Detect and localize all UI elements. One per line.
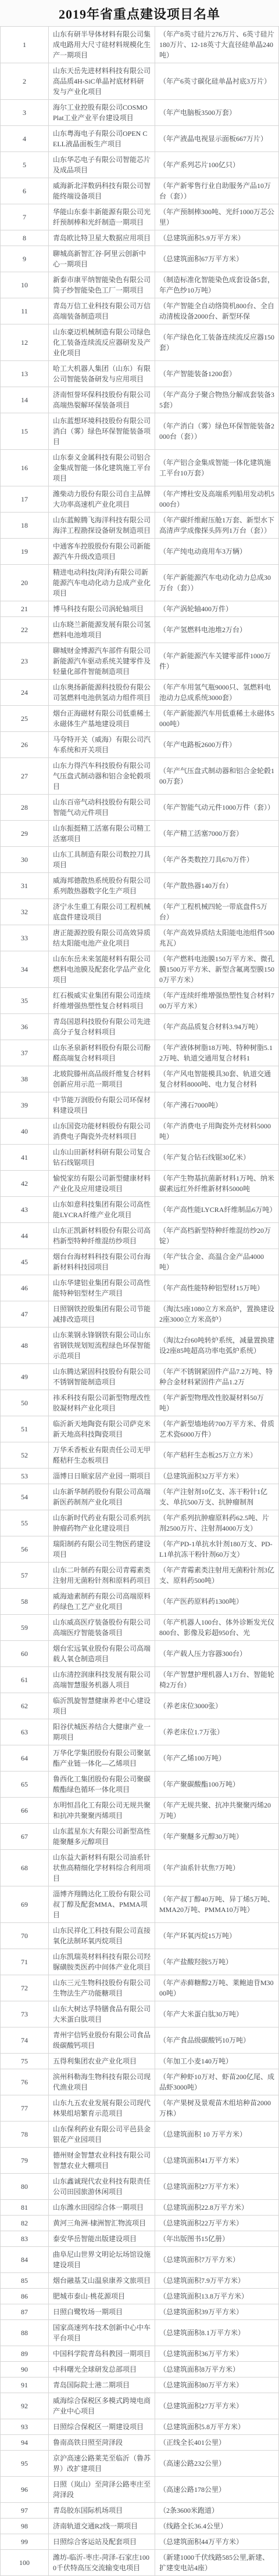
project-scale-cell: （总建筑面积7万平方米） xyxy=(155,2247,279,2273)
row-number-cell: 70 xyxy=(1,1923,49,1949)
project-scale-cell: （年产消白（雾）绿色环保智能装备2000台（套）） xyxy=(155,413,279,450)
row-number-cell: 26 xyxy=(1,732,49,758)
table-row: 11 青岛万信工业科技有限公司万信高端装备制造项目 （年产智能全自动络筒机800… xyxy=(1,298,279,324)
project-name-cell: 中节能万润股份有限公司环保材料建设项目 xyxy=(49,1092,155,1119)
row-number-cell: 30 xyxy=(1,847,49,873)
table-row: 60 烟台宏远氧业股份有限公司高端载人氧仓制造项目 （年产载人压力容器300台） xyxy=(1,1641,279,1667)
row-number-cell: 18 xyxy=(1,513,49,539)
row-number-cell: 67 xyxy=(1,1824,49,1850)
table-row: 75 五得利集团农业产业化项目 （年加工小麦140万吨） xyxy=(1,2054,279,2069)
table-row: 18 山东蓝鲸腾飞海洋科技有限公司海洋工程勘探设备研发制造项目 （年产碳纤维耐压… xyxy=(1,513,279,539)
row-number-cell: 15 xyxy=(1,413,49,450)
table-row: 84 曲阜尼山世界文明论坛场馆设施建设项目 （总建筑面积7万平方米） xyxy=(1,2247,279,2273)
row-number-cell: 76 xyxy=(1,2069,49,2095)
row-number-cell: 39 xyxy=(1,1092,49,1119)
project-scale-cell: （年产预制棒300吨、光纤1000万芯公里） xyxy=(155,204,279,230)
project-scale-cell: （年产注射剂10亿支、冻干粉针1亿支、单抗500万支、抗肿瘤制剂 xyxy=(155,1484,279,1510)
row-number-cell: 73 xyxy=(1,2001,49,2027)
project-scale-cell: （年产工程机械四轮一带底盘件5万台） xyxy=(155,899,279,925)
table-row: 19 中通客车控股股份有限公司新能源汽车升级改造项目 （年产纯电动商用车3万辆） xyxy=(1,539,279,565)
table-row: 80 山东鑫诚现代农业科技有限责任公司田园旅游休闲项目 （总建筑面积27万平方米… xyxy=(1,2174,279,2200)
project-scale-cell: （年产电脑板3500万套） xyxy=(155,100,279,126)
row-number-cell: 55 xyxy=(1,1510,49,1536)
row-number-cell: 88 xyxy=(1,2320,49,2346)
table-row: 74 青州宇信钙业股份有限公司食品级碳酸钙项目 （年产食品级碳酸钙10万吨） xyxy=(1,2027,279,2054)
row-number-cell: 31 xyxy=(1,873,49,899)
project-scale-cell: （年产生物基抗菌新材料1万吨、纳米碳素远红外纤维新材料5000吨 xyxy=(155,1171,279,1197)
row-number-cell: 5 xyxy=(1,152,49,178)
table-row: 93 日照综合保税区一期建设项目 （总建筑面积5.8万平方米） xyxy=(1,2419,279,2435)
project-scale-cell: （年产新能源汽车关键零部件1000万件） xyxy=(155,643,279,680)
table-row: 62 临沂凯旋智慧健康养老中心建设项目 （养老床位3000张） xyxy=(1,1693,279,1719)
row-number-cell: 59 xyxy=(1,1615,49,1641)
table-row: 50 祎禾科技有限公司新型物理改性胶凝材料产业化项目 （年产新型物理改性胶凝材料… xyxy=(1,1390,279,1416)
project-name-cell: 青岛胶东国际机场项目 xyxy=(49,2503,155,2519)
project-name-cell: 山东粤海电子有限公司OPEN CELL液晶面板生产项目 xyxy=(49,126,155,152)
project-scale-cell: （年产高分子聚合物热分解成套装备35套） xyxy=(155,387,279,413)
row-number-cell: 79 xyxy=(1,2148,49,2174)
table-row: 49 山东腾达紧固科技股份有限公司不锈钢智能制造项目 （年产不锈钢紧固件产品7.… xyxy=(1,1364,279,1390)
project-name-cell: 鲁西化工集团股份有限公司聚碳酸酯绿色循环一体化项目 xyxy=(49,1772,155,1798)
project-scale-cell: （高速公路178公里） xyxy=(155,2477,279,2503)
project-scale-cell: （年产新零售行业自助服务产品10万台（套）） xyxy=(155,178,279,204)
project-name-cell: 山东有研半导体材料有限公司集成电路用大尺寸硅材料规模化生产一期项目 xyxy=(49,27,155,63)
project-name-cell: 山东豪迈机械制造有限公司绿色化工装备连续流反应器研发及产业化项目 xyxy=(49,324,155,361)
project-scale-cell: （总建筑面积80万平方米） xyxy=(155,2377,279,2393)
table-row: 43 山东如意科技集团有限公司高性能LYCRA纤维产业化项目 （年产高性能LYC… xyxy=(1,1197,279,1223)
table-row: 8 青岛欧比特卫星大数据应用项目 （总建筑面积5.9万平方米） xyxy=(1,230,279,246)
project-name-cell: 黄河三角洲·棣洲智汇物流项目 xyxy=(49,2216,155,2231)
project-scale-cell: （年产新能源汽车用低重稀土永磁体5000吨） xyxy=(155,706,279,732)
row-number-cell: 6 xyxy=(1,178,49,204)
project-name-cell: 济南轨道交通R2线一期项目 xyxy=(49,2519,155,2534)
row-number-cell: 71 xyxy=(1,1949,49,1975)
row-number-cell: 62 xyxy=(1,1693,49,1719)
project-scale-cell: （总建筑面积13.8万平方米） xyxy=(155,2289,279,2304)
project-scale-cell: （年产6英寸碳化硅单晶衬底3万片） xyxy=(155,63,279,100)
project-name-cell: 万华禾香板业有限责任公司无甲醛秸秆生态板项目 xyxy=(49,1442,155,1469)
row-number-cell: 66 xyxy=(1,1798,49,1824)
row-number-cell: 14 xyxy=(1,387,49,413)
row-number-cell: 47 xyxy=(1,1301,49,1327)
project-name-cell: 济南恒誉环保科技股份有限公司高端热裂解环保装备项目 xyxy=(49,387,155,413)
table-row: 53 淄博日日顺家居产业园一期项目 （总建筑面积32万平方米） xyxy=(1,1469,279,1484)
project-scale-cell: （年产环氧丙烷15万吨） xyxy=(155,1923,279,1949)
row-number-cell: 2 xyxy=(1,63,49,100)
project-name-cell: 东明恒昌化工有限公司无规共聚和抗冲共聚聚丙烯项目 xyxy=(49,1798,155,1824)
project-scale-cell: （年产绿色化工装备连续流反应器150套） xyxy=(155,324,279,361)
project-name-cell: 山东新时代药业有限公司系列抗肿瘤药物产业化建设项目 xyxy=(49,1510,155,1536)
project-scale-cell: （总建筑面积22.8万平方米） xyxy=(155,2200,279,2216)
table-row: 95 京沪高速公路莱芜至临沂（鲁苏界）改扩建项目 （高速公路232公里） xyxy=(1,2451,279,2477)
project-name-cell: 山东东岳未来氢能材料有限公司燃料电池膜及配套化学品产业化项目 xyxy=(49,951,155,988)
project-scale-cell: （总建筑面积7.9万平方米） xyxy=(155,2273,279,2289)
row-number-cell: 23 xyxy=(1,643,49,680)
project-name-cell: 山东晓兰新能源发展有限公司氢燃料电池堆项目 xyxy=(49,617,155,643)
table-row: 15 山东蓝想环境科技股份有限公司消白（雾）绿色环保智能装备项目 （年产消白（雾… xyxy=(1,413,279,450)
table-row: 98 济南轨道交通R2线一期项目 （线路全长36.4公里） xyxy=(1,2519,279,2534)
row-number-cell: 44 xyxy=(1,1223,49,1249)
row-number-cell: 80 xyxy=(1,2174,49,2200)
table-row: 71 山东凯瑞英材料科技有限公司羟脲磺胺类医药中间体产业化项目 （年产盐酸羟胺5… xyxy=(1,1949,279,1975)
project-name-cell: 聊城财金博源汽车部件有限公司新能源汽车驱动系统关键零件及轻量化部件智能制造项目 xyxy=(49,643,155,680)
project-name-cell: 华能山东泰丰新能源有限公司光纤预制棒和光纤制造一期项目 xyxy=(49,204,155,230)
table-row: 23 聊城财金博源汽车部件有限公司新能源汽车驱动系统关键零件及轻量化部件智能制造… xyxy=(1,643,279,680)
project-scale-cell: （新建1000千伏线路585公里,新建、扩建变电站4座） xyxy=(155,2550,279,2576)
project-scale-cell: （年产智能气动元件1000万件（套）） xyxy=(155,795,279,821)
table-row: 21 博马科技有限公司涡轮轴项目 （年产涡轮轴400万件） xyxy=(1,601,279,617)
project-scale-cell: （总建筑面积 10 万平方米） xyxy=(155,2122,279,2148)
table-row: 57 山东二叶制药有限公司青霉素类注射用无菌粉针剂和原料药项目 （年产青霉素类注… xyxy=(1,1563,279,1589)
row-number-cell: 97 xyxy=(1,2503,49,2519)
project-name-cell: 日照（岚山）至菏泽公路枣庄至菏泽段 xyxy=(49,2477,155,2503)
row-number-cell: 51 xyxy=(1,1416,49,1442)
row-number-cell: 19 xyxy=(1,539,49,565)
row-number-cell: 96 xyxy=(1,2477,49,2503)
project-scale-cell: （年产散热器140万台） xyxy=(155,873,279,899)
row-number-cell: 100 xyxy=(1,2550,49,2576)
project-scale-cell: （年产车用氢气瓶9000只、氢燃料电池动力总成系统3000套） xyxy=(155,680,279,706)
page-title: 2019年省重点建设项目名单 xyxy=(0,0,279,26)
table-row: 100 潍坊-临沂-枣庄-菏泽-石家庄1000千伏特高压交流输变电项目 （新建1… xyxy=(1,2550,279,2576)
row-number-cell: 40 xyxy=(1,1119,49,1145)
table-row: 82 黄河三角洲·棣洲智汇物流项目 （总建筑面积22万平方米） xyxy=(1,2216,279,2231)
project-name-cell: 淄博日日顺家居产业园一期项目 xyxy=(49,1469,155,1484)
project-name-cell: 曲阜尼山世界文明论坛场馆设施建设项目 xyxy=(49,2247,155,2273)
row-number-cell: 84 xyxy=(1,2247,49,2273)
project-scale-cell: （年产智能全自动络筒机800台、全自动清梳设备2000台、新型环保 xyxy=(155,298,279,324)
project-name-cell: 临沂凯旋智慧健康养老中心建设项目 xyxy=(49,1693,155,1719)
project-scale-cell: （年产赤藓糖醇2万吨、莱鲍迪苷M3000吨） xyxy=(155,1975,279,2001)
project-scale-cell: （年产叔丁醇40万吨、异丁烯5万吨、MMA20万吨、PMMA10万吨） xyxy=(155,1886,279,1923)
project-scale-cell: （正线全长401公里） xyxy=(155,2435,279,2451)
row-number-cell: 20 xyxy=(1,565,49,601)
project-scale-cell: （总建筑面积8.1万平方米） xyxy=(155,2320,279,2346)
project-name-cell: 山东民祥化工科技有限公司直接氧化法制环氧丙烷项目 xyxy=(49,1923,155,1949)
project-name-cell: 威海新北洋数码科技有限公司智能终端设备项目 xyxy=(49,178,155,204)
project-scale-cell: （年产高效异质结太阳能电池组件500兆瓦） xyxy=(155,925,279,951)
row-number-cell: 83 xyxy=(1,2231,49,2247)
table-row: 35 红石极威实业集团有限公司连续纤维增强热塑性复合材料项目 （年产连续纤维增强… xyxy=(1,988,279,1014)
project-name-cell: 山东威高医疗装备股份有限公司高端医疗智能装备项目 xyxy=(49,1615,155,1641)
table-row: 68 山东益大新材料有限公司油系针状焦高精细化学材料综合利用项目 （年产油系针状… xyxy=(1,1850,279,1886)
table-row: 28 山东百帝气动科技股份有限公司智能气动元件项目 （年产智能气动元件1000万… xyxy=(1,795,279,821)
table-row: 33 唐正能源控股有限公司高效异质结太阳能电池产业化项目 （年产高效异质结太阳能… xyxy=(1,925,279,951)
project-name-cell: 中科曙光全球研发总部项目 xyxy=(49,2362,155,2377)
row-number-cell: 7 xyxy=(1,204,49,230)
project-name-cell: 鲁南高铁日照至菏泽段 xyxy=(49,2435,155,2451)
row-number-cell: 25 xyxy=(1,706,49,732)
row-number-cell: 86 xyxy=(1,2289,49,2304)
project-name-cell: 济宁永生重工有限公司工程机械底盘件建设项目 xyxy=(49,899,155,925)
table-row: 54 山东新华制药股份有限公司高端新医药制剂产业化项目 （年产注射剂10亿支、冻… xyxy=(1,1484,279,1510)
project-name-cell: 临沂新天地陶瓷有限公司萨克米新天地高科技陶瓷项目 xyxy=(49,1416,155,1442)
table-row: 46 山东华建铝业集团有限公司高性能特种铝型材生产项目 （年产高性能特种铝型材1… xyxy=(1,1275,279,1301)
row-number-cell: 12 xyxy=(1,324,49,361)
row-number-cell: 54 xyxy=(1,1484,49,1510)
project-scale-cell: （年产载人压力容器300台） xyxy=(155,1641,279,1667)
project-scale-cell: （年产沸石7000吨） xyxy=(155,1092,279,1119)
project-scale-cell: （总建筑面积8万平方米） xyxy=(155,2362,279,2377)
row-number-cell: 38 xyxy=(1,1066,49,1092)
project-scale-cell: （年产风电智能模具30套、轨道交通复合材料8000吨、电力复合材料 xyxy=(155,1066,279,1092)
project-scale-cell: （年产机器人100台、体外诊断发光仪800台、影像及彩超950台、光 xyxy=(155,1615,279,1641)
project-name-cell: 山东保利药业有限公司平邑县金银花产业园项目 xyxy=(49,2122,155,2148)
project-name-cell: 山东正凯新材料股份有限公司高档新型特种纤维混纺纱项目 xyxy=(49,1223,155,1249)
project-scale-cell: （年产智能装备1200套） xyxy=(155,361,279,387)
table-row: 77 山东九五农业发展有限公司现代林果组培繁育示范项目 （年产果树及景观苗木组培… xyxy=(1,2095,279,2122)
project-scale-cell: （年产连续纤维增强热塑性复合材料700万平方米） xyxy=(155,988,279,1014)
row-number-cell: 89 xyxy=(1,2346,49,2362)
project-scale-cell: （高速公路232公里） xyxy=(155,2451,279,2477)
table-row: 5 山东华芯电子有限公司智能芯片及成品项目 （年产系列芯片100亿只） xyxy=(1,152,279,178)
table-row: 73 山东大树达孚特膳食品有限公司大米蛋白肽项目 （年产大米蛋白肽30万吨） xyxy=(1,2001,279,2027)
table-row: 79 德州财金智慧农业科技有限公司智慧农业大棚项目 （总建筑面积41万平方米） xyxy=(1,2148,279,2174)
row-number-cell: 10 xyxy=(1,272,49,298)
row-number-cell: 4 xyxy=(1,126,49,152)
project-scale-cell: （总建筑面积5.8万平方米） xyxy=(155,2419,279,2435)
project-name-cell: 潍柴动力股份有限公司自主品牌大功率高速机产业化项目 xyxy=(49,486,155,513)
project-scale-cell: （年产秸秆生态板25万立方米） xyxy=(155,1442,279,1469)
project-name-cell: 万华化学集团股份有限公司聚氨酯产业链一体化—乙烯项目 xyxy=(49,1745,155,1772)
project-scale-cell: （年产智慧护理机器人1万台、智能轮椅2万台） xyxy=(155,1667,279,1693)
project-name-cell: 山东圣泉新材料股份有限公司酚醛高端复合材料项目 xyxy=(49,1040,155,1066)
table-row: 96 日照（岚山）至菏泽公路枣庄至菏泽段 （高速公路178公里） xyxy=(1,2477,279,2503)
project-scale-cell: （年产液体树脂18万吨、特种树脂5.12万吨、轨道交通用复合材料1 xyxy=(155,1040,279,1066)
row-number-cell: 34 xyxy=(1,951,49,988)
row-number-cell: 72 xyxy=(1,1975,49,2001)
row-number-cell: 90 xyxy=(1,2362,49,2377)
project-name-cell: 青岛万信工业科技有限公司万信高端装备制造项目 xyxy=(49,298,155,324)
project-scale-cell: （年产新能源汽车电动化动力总成30万台（套）） xyxy=(155,565,279,601)
row-number-cell: 22 xyxy=(1,617,49,643)
row-number-cell: 77 xyxy=(1,2095,49,2122)
table-row: 85 烟台融基艾山温泉康养文旅项目 （总建筑面积7.9万平方米） xyxy=(1,2273,279,2289)
project-name-cell: 五得利集团农业产业化项目 xyxy=(49,2054,155,2069)
row-number-cell: 1 xyxy=(1,27,49,63)
project-name-cell: 青州宇信钙业股份有限公司食品级碳酸钙项目 xyxy=(49,2027,155,2054)
row-number-cell: 36 xyxy=(1,1014,49,1040)
table-row: 3 海尔工业控股有限公司COSMOPlat工业产业平台建设项目 （年产电脑板35… xyxy=(1,100,279,126)
project-scale-cell: （2条3600米跑道） xyxy=(155,2503,279,2519)
table-row: 64 万华化学集团股份有限公司聚氨酯产业链一体化—乙烯项目 （年产乙烯100万吨… xyxy=(1,1745,279,1772)
project-scale-cell: （年加工小麦140万吨） xyxy=(155,2054,279,2069)
row-number-cell: 11 xyxy=(1,298,49,324)
project-scale-cell: （年产盐酸羟胺5万吨） xyxy=(155,1949,279,1975)
table-row: 2 山东天岳先进材料科技有限公司高品质4H-SiC单晶衬底材料研发与产业化项目 … xyxy=(1,63,279,100)
table-row: 92 威海综合保税区多模式跨境电商产业中心项目 （总建筑面积27万平方米） xyxy=(1,2393,279,2419)
table-row: 40 山东国瓷功能材料股份有限公司消费电子陶瓷外壳材料项目 （年产消费电子用陶瓷… xyxy=(1,1119,279,1145)
table-row: 36 青岛国恩科技股份有限公司先进高分子复合材料项目 （年产高品质复合材料3.9… xyxy=(1,1014,279,1040)
table-row: 39 中节能万润股份有限公司环保材料建设项目 （年产沸石7000吨） xyxy=(1,1092,279,1119)
project-name-cell: 山东蓝想环境科技股份有限公司消白（雾）绿色环保智能装备项目 xyxy=(49,413,155,450)
project-name-cell: 山东腾达紧固科技股份有限公司不锈钢智能制造项目 xyxy=(49,1364,155,1390)
table-row: 61 山东清控润康科技发展有限公司高端智慧服务机器人项目 （年产智慧护理机器人1… xyxy=(1,1667,279,1693)
project-name-cell: 北玻院滕州高品级纤维复合材料创新应用示范一期项目 xyxy=(49,1066,155,1092)
project-scale-cell: （年产液晶电视显示面板667万片） xyxy=(155,126,279,152)
table-row: 63 阳谷伏城医养结合大健康产业一期项目 （养老床位1.7万张） xyxy=(1,1719,279,1745)
row-number-cell: 48 xyxy=(1,1327,49,1364)
row-number-cell: 50 xyxy=(1,1390,49,1416)
project-name-cell: 烟台宏远氧业股份有限公司高端载人氧仓制造项目 xyxy=(49,1641,155,1667)
row-number-cell: 75 xyxy=(1,2054,49,2069)
table-row: 24 山东奥扬新能源科技股份有限公司氢燃料电池供氢动力组件项目 （年产车用氢气瓶… xyxy=(1,680,279,706)
table-row: 32 济宁永生重工有限公司工程机械底盘件建设项目 （年产工程机械四轮一带底盘件5… xyxy=(1,899,279,925)
table-row: 38 北玻院滕州高品级纤维复合材料创新应用示范一期项目 （年产风电智能模具30套… xyxy=(1,1066,279,1092)
project-name-cell: 精进电动科技(菏泽)有限公司新能源汽车电动化动力总成产业化项目 xyxy=(49,565,155,601)
project-scale-cell: （年产燃料电池膜150万平方米、微孔膜1500万平方米、新型含氟离型膜1500万… xyxy=(155,951,279,988)
row-number-cell: 63 xyxy=(1,1719,49,1745)
project-scale-cell: （年产8英寸硅片276万片、6英寸硅片180万片、12-18英寸大直径硅单晶24… xyxy=(155,27,279,63)
row-number-cell: 82 xyxy=(1,2216,49,2231)
project-name-cell: 山东凯瑞英材料科技有限公司羟脲磺胺类医药中间体产业化项目 xyxy=(49,1949,155,1975)
table-row: 42 愉悦家纺有限公司新型健康材料产业化及应用建设项目 （年产生物基抗菌新材料1… xyxy=(1,1171,279,1197)
row-number-cell: 69 xyxy=(1,1886,49,1923)
table-row: 25 烟台正海磁材有限公司低重稀土永磁体生产基地建设项目 （年产新能源汽车用低重… xyxy=(1,706,279,732)
project-scale-cell: （总建筑面积41万平方米） xyxy=(155,2148,279,2174)
project-scale-cell: （总建筑面积36万平方米） xyxy=(155,2346,279,2362)
row-number-cell: 9 xyxy=(1,246,49,272)
row-number-cell: 37 xyxy=(1,1040,49,1066)
project-name-cell: 山东如意科技集团有限公司高性能LYCRA纤维产业化项目 xyxy=(49,1197,155,1223)
table-row: 89 中国科学院青岛科教园一期项目 （总建筑面积36万平方米） xyxy=(1,2346,279,2362)
project-scale-cell: （年产果树及景观苗木组培种苗2000万株） xyxy=(155,2095,279,2122)
project-scale-cell: （总建筑面积67万平方米） xyxy=(155,246,279,272)
table-row: 87 日照白鹭牧场一期项目 （总建筑面积39万平方米） xyxy=(1,2304,279,2320)
project-name-cell: 国家高速列车技术创新中心中车平台项目 xyxy=(49,2320,155,2346)
project-name-cell: 哈工大机器人集团（山东）有限公司智能装备研发与应用项目 xyxy=(49,361,155,387)
project-scale-cell: （淘汰2台60吨转炉系统，减量置换建设2座85吨超高功率电弧炉系统） xyxy=(155,1327,279,1364)
table-row: 16 山东泰义金属科技有限公司铝合金集成智能一体化建筑施工平台项目 （年产铝合金… xyxy=(1,450,279,486)
table-row: 51 临沂新天地陶瓷有限公司萨克米新天地高科技陶瓷项目 （年产新型墙地砖700万… xyxy=(1,1416,279,1442)
table-row: 86 肥城市泰山·桃花源项目 （总建筑面积13.8万平方米） xyxy=(1,2289,279,2304)
project-name-cell: 山东泰义金属科技有限公司铝合金集成智能一体化建筑施工平台项目 xyxy=(49,450,155,486)
project-scale-cell: （年产系列芯片100亿只） xyxy=(155,152,279,178)
project-scale-cell: （总建筑面积39万平方米） xyxy=(155,2304,279,2320)
row-number-cell: 98 xyxy=(1,2519,49,2534)
project-scale-cell: （年产电路板2600万件） xyxy=(155,732,279,758)
row-number-cell: 41 xyxy=(1,1145,49,1171)
table-row: 58 威海迪素制药有限公司高端原料药绿色工艺产业化项目 （年产医药原料药1300… xyxy=(1,1589,279,1615)
row-number-cell: 81 xyxy=(1,2200,49,2216)
row-number-cell: 57 xyxy=(1,1563,49,1589)
project-scale-cell: （年产油系针状焦7万吨） xyxy=(155,1850,279,1886)
project-name-cell: 日照综合客运站及配套项目 xyxy=(49,2534,155,2550)
row-number-cell: 29 xyxy=(1,821,49,847)
row-number-cell: 35 xyxy=(1,988,49,1014)
project-name-cell: 山东九五农业发展有限公司现代林果组培繁育示范项目 xyxy=(49,2095,155,2122)
project-scale-cell: （总建筑面积22万平方米） xyxy=(155,2216,279,2231)
project-scale-cell: （年产精工活塞7000万套） xyxy=(155,821,279,847)
project-scale-cell: （年产系列抗肿瘤原料药62.5吨、片剂2500万片、注射剂4000万支） xyxy=(155,1510,279,1536)
project-name-cell: 山东华建铝业集团有限公司高性能特种铝型材生产项目 xyxy=(49,1275,155,1301)
table-row: 56 瑞阳制药有限公司生物医药建设项目 （年产PD-1单抗水针剂180万支、PD… xyxy=(1,1536,279,1563)
row-number-cell: 94 xyxy=(1,2435,49,2451)
project-name-cell: 山东二叶制药有限公司青霉素类注射用无菌粉针剂和原料药项目 xyxy=(49,1563,155,1589)
project-scale-cell: （线路全长36.4公里） xyxy=(155,2519,279,2534)
project-scale-cell: （总建筑面积44万平方米） xyxy=(155,2534,279,2550)
project-name-cell: 山东华芯电子有限公司智能芯片及成品项目 xyxy=(49,152,155,178)
row-number-cell: 68 xyxy=(1,1850,49,1886)
table-row: 67 山东蓝星东大有限公司新型高性能聚醚多元醇项目 （年产聚醚多元醇30万吨） xyxy=(1,1824,279,1850)
row-number-cell: 3 xyxy=(1,100,49,126)
project-scale-cell: （年产气压盘式制动器和铝合金轮毂100万套） xyxy=(155,758,279,795)
project-name-cell: 山东工具制造有限公司数控刀具项目 xyxy=(49,847,155,873)
project-scale-cell: （养老床位1.7万张） xyxy=(155,1719,279,1745)
project-name-cell: 京沪高速公路莱芜至临沂（鲁苏界）改扩建项目 xyxy=(49,2451,155,2477)
row-number-cell: 42 xyxy=(1,1171,49,1197)
row-number-cell: 64 xyxy=(1,1745,49,1772)
project-name-cell: 山东新华制药股份有限公司高端新医药制剂产业化项目 xyxy=(49,1484,155,1510)
project-name-cell: 威海迪素制药有限公司高端原料药绿色工艺产业化项目 xyxy=(49,1589,155,1615)
row-number-cell: 46 xyxy=(1,1275,49,1301)
table-row: 17 潍柴动力股份有限公司自主品牌大功率高速机产业化项目 （年产博杜安及高端系列… xyxy=(1,486,279,513)
project-scale-cell: （养老床位3000张） xyxy=(155,1693,279,1719)
project-name-cell: 滨州科勒海生物科技有限公司现代渔业项目 xyxy=(49,2069,155,2095)
project-scale-cell: （年出版图书15亿册） xyxy=(155,2231,279,2247)
project-scale-cell: （年产大米蛋白肽30万吨） xyxy=(155,2001,279,2027)
table-row: 90 中科曙光全球研发总部项目 （总建筑面积8万平方米） xyxy=(1,2362,279,2377)
project-name-cell: 威海综合保税区多模式跨境电商产业中心项目 xyxy=(49,2393,155,2419)
table-row: 88 国家高速列车技术创新中心中车平台项目 （总建筑面积8.1万平方米） xyxy=(1,2320,279,2346)
project-scale-cell: （年产医药原料药1300吨） xyxy=(155,1589,279,1615)
project-name-cell: 烟台正海磁材有限公司低重稀土永磁体生产基地建设项目 xyxy=(49,706,155,732)
project-name-cell: 山东三元生物科技股份有限公司生物法生产功能糖项目 xyxy=(49,1975,155,2001)
project-name-cell: 山东大树达孚特膳食品有限公司大米蛋白肽项目 xyxy=(49,2001,155,2027)
project-table: 1 山东有研半导体材料有限公司集成电路用大尺寸硅材料规模化生产一期项目 （年产8… xyxy=(0,26,279,2576)
row-number-cell: 16 xyxy=(1,450,49,486)
project-name-cell: 山东山田新材科研有限公司复合钻石线锯项目 xyxy=(49,1145,155,1171)
table-row: 78 山东保利药业有限公司平邑县金银花产业园项目 （总建筑面积 10 万平方米） xyxy=(1,2122,279,2148)
project-scale-cell: （年产钛合金、高温合金产品4000吨） xyxy=(155,1249,279,1275)
row-number-cell: 78 xyxy=(1,2122,49,2148)
row-number-cell: 49 xyxy=(1,1364,49,1390)
project-name-cell: 威海邦德散热系统股份有限公司系列散热器数字化生产项目 xyxy=(49,873,155,899)
row-number-cell: 95 xyxy=(1,2451,49,2477)
project-scale-cell: （制造标准化智能染色成套设备5套，年产色纱10万吨） xyxy=(155,272,279,298)
table-row: 83 泰安华岳智能出版建设项目 （年出版图书15亿册） xyxy=(1,2231,279,2247)
table-row: 44 山东正凯新材料股份有限公司高档新型特种纤维混纺纱项目 （年产高档新型特种纤… xyxy=(1,1223,279,1249)
project-scale-cell: （年产PD-1单抗水针剂180万支、PD-L1单抗冻干粉针剂60万支） xyxy=(155,1536,279,1563)
project-name-cell: 山东蓝星东大有限公司新型高性能聚醚多元醇项目 xyxy=(49,1824,155,1850)
table-row: 20 精进电动科技(菏泽)有限公司新能源汽车电动化动力总成产业化项目 （年产新能… xyxy=(1,565,279,601)
project-name-cell: 山东鑫诚现代农业科技有限责任公司田园旅游休闲项目 xyxy=(49,2174,155,2200)
project-name-cell: 聊城高新智汇谷·阿里云创新中心一期项目 xyxy=(49,246,155,272)
table-row: 30 山东工具制造有限公司数控刀具项目 （年产各类数控刀具670万件） xyxy=(1,847,279,873)
project-name-cell: 山东天岳先进材料科技有限公司高品质4H-SiC单晶衬底材料研发与产业化项目 xyxy=(49,63,155,100)
project-name-cell: 海尔工业控股有限公司COSMOPlat工业产业平台建设项目 xyxy=(49,100,155,126)
project-name-cell: 山东清控润康科技发展有限公司高端智慧服务机器人项目 xyxy=(49,1667,155,1693)
project-scale-cell: （总建筑面积5.9万平方米） xyxy=(155,230,279,246)
project-scale-cell: （年产新型墙地砖700万平方米、骨质艺术瓷6000万件） xyxy=(155,1416,279,1442)
project-name-cell: 博马科技有限公司涡轮轴项目 xyxy=(49,601,155,617)
table-row: 14 济南恒誉环保科技股份有限公司高端热裂解环保装备项目 （年产高分子聚合物热分… xyxy=(1,387,279,413)
project-name-cell: 愉悦家纺有限公司新型健康材料产业化及应用建设项目 xyxy=(49,1171,155,1197)
project-scale-cell: （年产碳纤维耐压舱1万套、新型水下高清声学成像探头阵列1万台（套）） xyxy=(155,513,279,539)
project-name-cell: 泰安华岳智能出版建设项目 xyxy=(49,2231,155,2247)
table-row: 27 山东力得汽车科技股份有限公司气压盘式制动器和铝合金轮毂项目 （年产气压盘式… xyxy=(1,758,279,795)
project-scale-cell: （年产聚醚多元醇30万吨） xyxy=(155,1824,279,1850)
project-name-cell: 山东力得汽车科技股份有限公司气压盘式制动器和铝合金轮毂项目 xyxy=(49,758,155,795)
row-number-cell: 17 xyxy=(1,486,49,513)
project-scale-cell: （年产各类数控刀具670万件） xyxy=(155,847,279,873)
table-row: 22 山东晓兰新能源发展有限公司氢燃料电池堆项目 （年产氢燃料电池堆2万台） xyxy=(1,617,279,643)
table-row: 94 鲁南高铁日照至菏泽段 （正线全长401公里） xyxy=(1,2435,279,2451)
project-name-cell: 山东蓝鲸腾飞海洋科技有限公司海洋工程勘探设备研发制造项目 xyxy=(49,513,155,539)
table-row: 45 烟台台海材料科技有限公司台海新材料科技园项目 （年产钛合金、高温合金产品4… xyxy=(1,1249,279,1275)
project-name-cell: 山东振挺精工活塞有限公司精工活塞项目 xyxy=(49,821,155,847)
table-row: 99 日照综合客运站及配套项目 （总建筑面积44万平方米） xyxy=(1,2534,279,2550)
